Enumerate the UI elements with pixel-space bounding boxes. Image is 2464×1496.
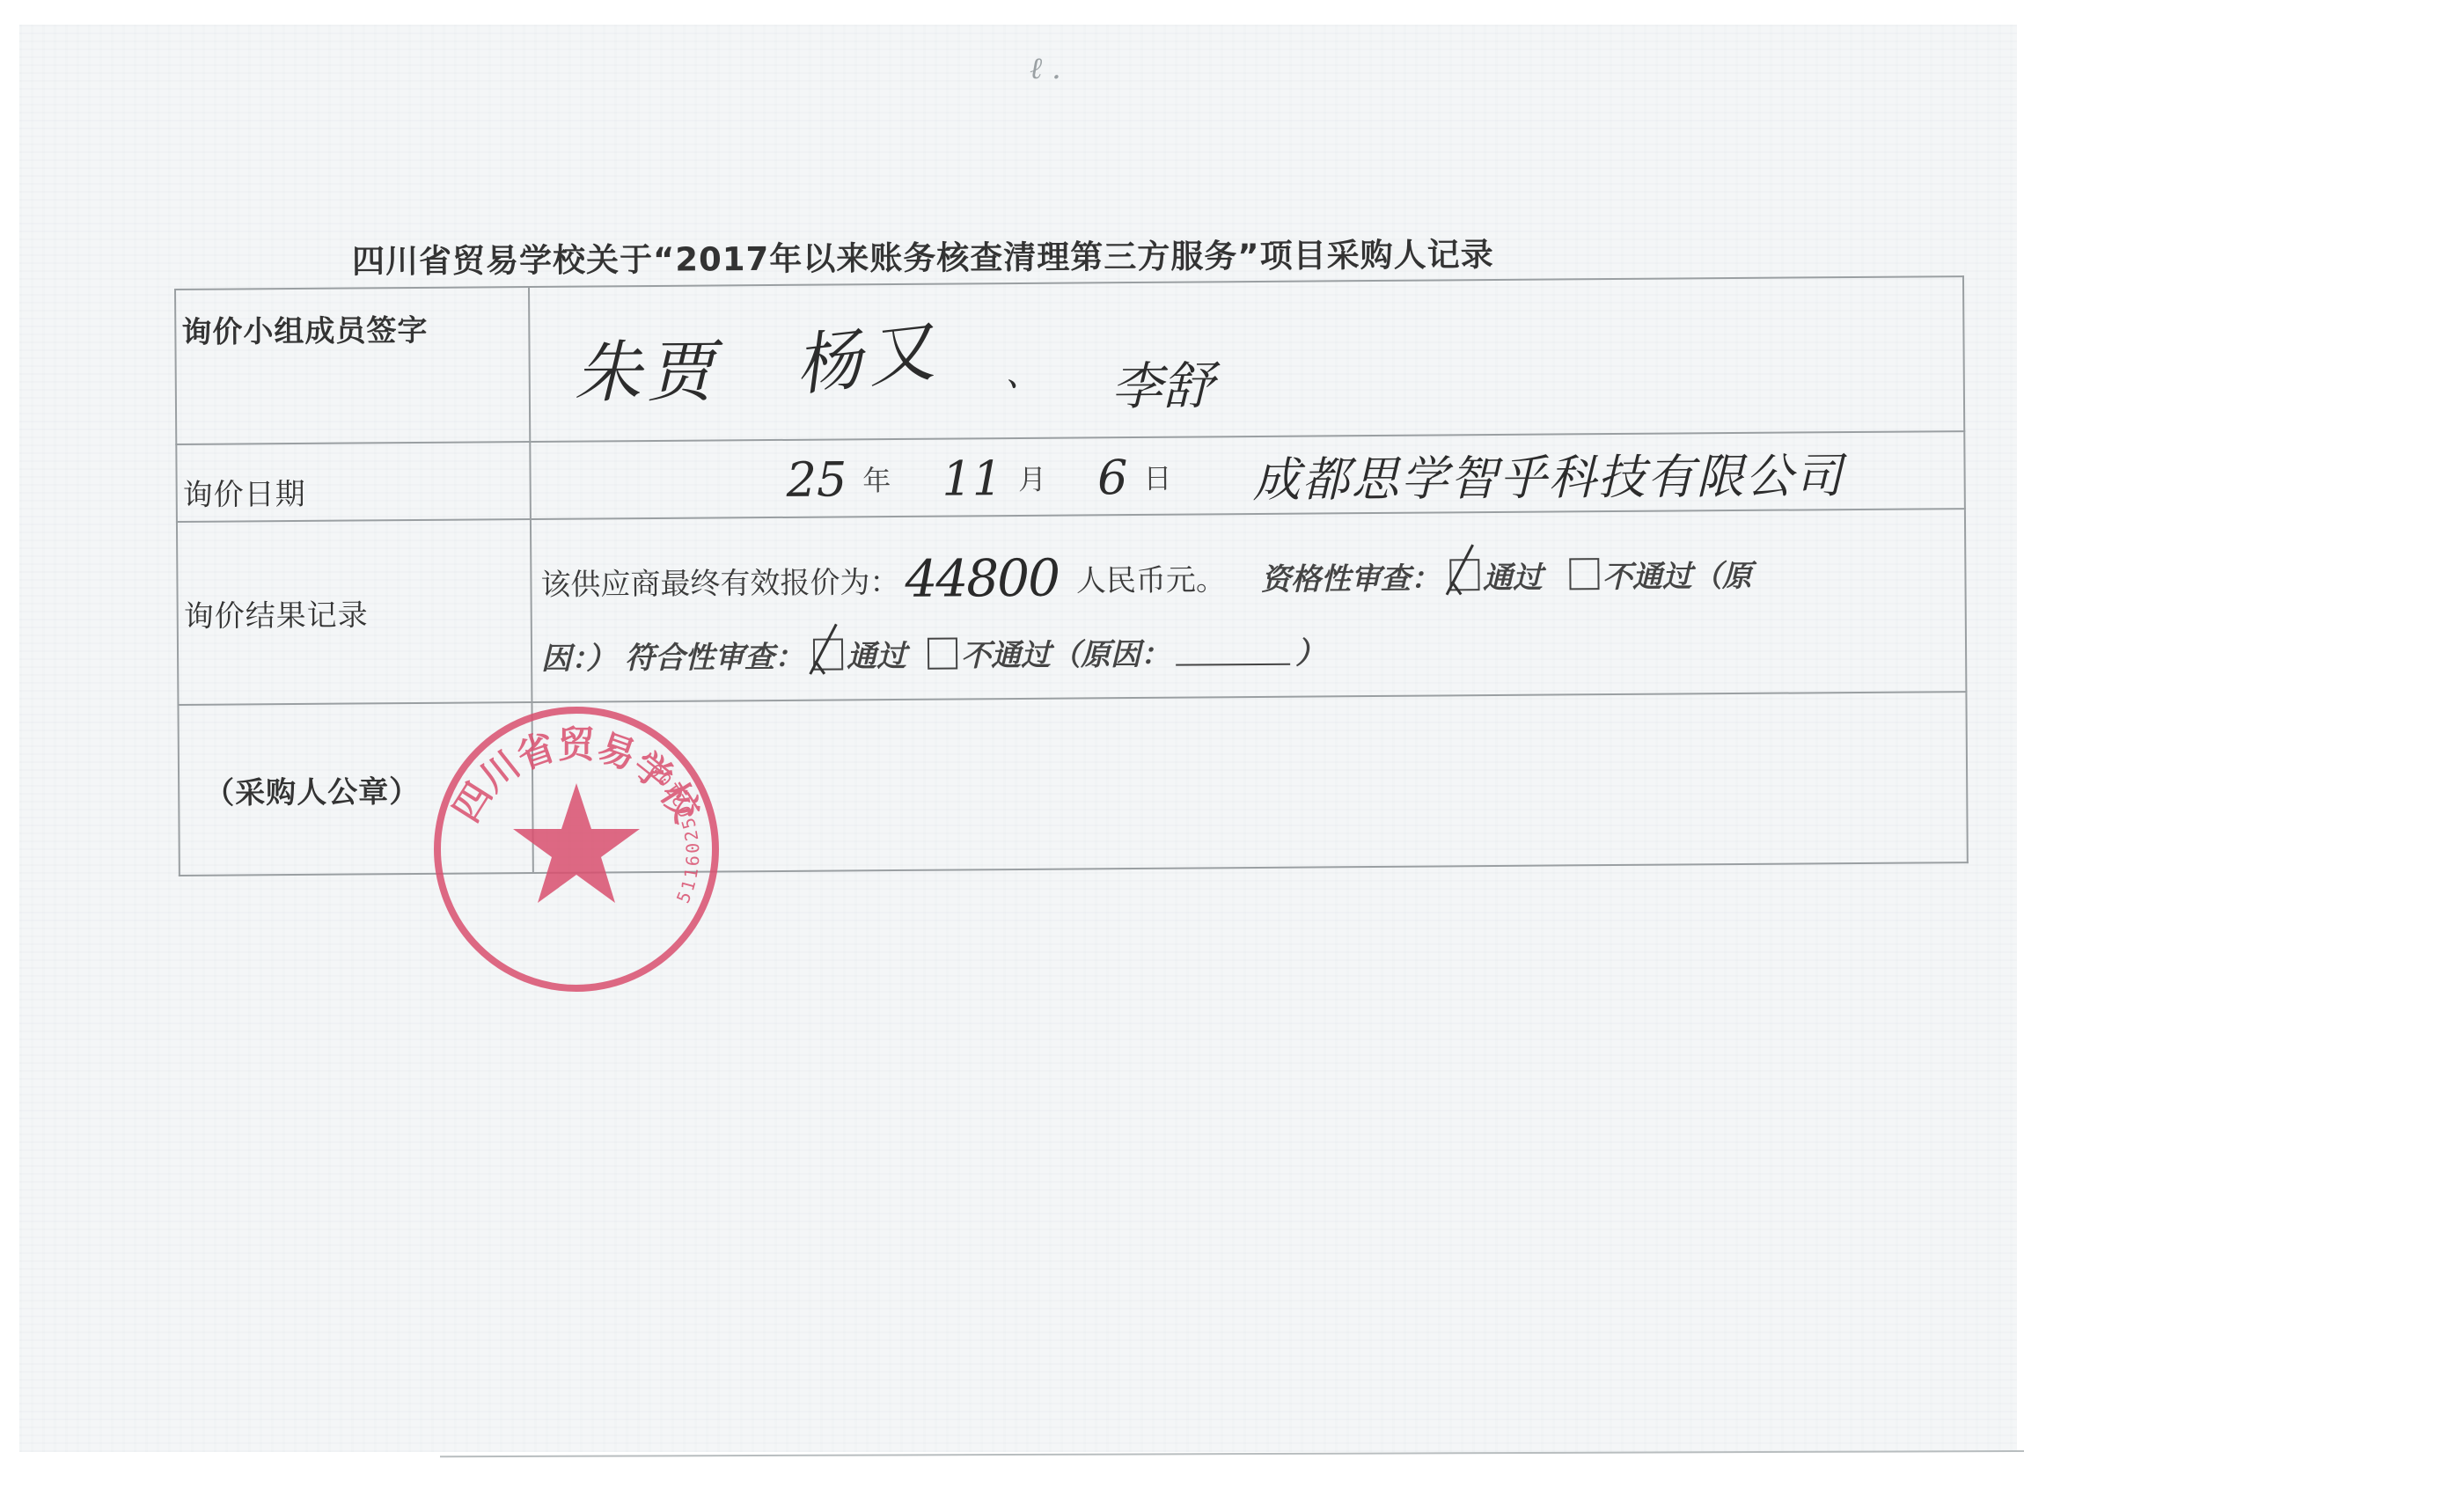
document-title: 四川省贸易学校关于“2017年以来账务核查清理第三方服务”项目采购人记录: [352, 226, 1725, 282]
compliance-fail-checkbox[interactable]: [928, 637, 957, 669]
table-row-signatures: 询价小组成员签字 朱贾 杨又 、 李舒: [175, 276, 1964, 444]
date-month: 11: [942, 451, 1002, 507]
compliance-pass-checkbox[interactable]: [813, 638, 843, 670]
date-year-unit: 年: [862, 458, 891, 499]
qualification-reason-close: 因：）: [541, 634, 616, 678]
price-prefix: 该供应商最终有效报价为：: [540, 557, 899, 603]
signatures-cell: 朱贾 杨又 、 李舒: [529, 276, 1964, 442]
price-value: 44800: [905, 548, 1059, 609]
table-row-date: 询价日期 25 年 11 月 6 日 成都思学智乎科技有限公司: [176, 431, 1965, 522]
result-line-2: 因：） 符合性审查： 通过 不通过（原因： ）: [541, 628, 1325, 678]
table-row-seal: （采购人公章）: [178, 692, 1967, 876]
signature-separator: 、: [1006, 346, 1041, 396]
margin-scribble: ℓ .: [1030, 51, 1061, 86]
procurement-record-table: 询价小组成员签字 朱贾 杨又 、 李舒 询价日期 25 年 11 月 6 日 成…: [174, 275, 1969, 876]
qualification-pass-checkbox[interactable]: [1449, 559, 1479, 590]
date-label: 询价日期: [176, 442, 531, 522]
qualification-fail-checkbox[interactable]: [1569, 558, 1599, 590]
price-suffix: 人民币元。: [1076, 555, 1226, 599]
date-year: 25: [786, 451, 847, 508]
compliance-reason-blank[interactable]: [1176, 636, 1290, 665]
date-month-unit: 月: [1018, 458, 1046, 498]
result-line-1: 该供应商最终有效报价为： 44800 人民币元。 资格性审查： 通过 不通过（原: [540, 543, 1752, 612]
compliance-pass-label: 通过: [847, 632, 906, 675]
table-row-result: 询价结果记录 该供应商最终有效报价为： 44800 人民币元。 资格性审查： 通…: [177, 509, 1966, 705]
result-label: 询价结果记录: [177, 519, 532, 705]
date-line: 25 年 11 月 6 日 成都思学智乎科技有限公司: [786, 445, 1844, 506]
signature-3: 李舒: [1111, 344, 1214, 419]
qualification-label: 资格性审查：: [1261, 554, 1441, 598]
signature-1: 朱贾: [574, 318, 719, 414]
signature-2: 杨又: [789, 297, 943, 408]
seal-label: （采购人公章）: [178, 702, 532, 876]
compliance-reason-close: ）: [1295, 628, 1325, 671]
signatures-label: 询价小组成员签字: [175, 287, 530, 444]
qualification-pass-label: 通过: [1483, 553, 1543, 596]
date-day: 6: [1097, 450, 1128, 505]
seal-cell: [532, 692, 1967, 873]
qualification-fail-label: 不通过（原: [1602, 551, 1752, 595]
compliance-fail-label: 不通过（原因：: [961, 630, 1170, 675]
date-day-unit: 日: [1143, 457, 1171, 497]
compliance-label: 符合性审查：: [625, 633, 804, 677]
result-cell: 该供应商最终有效报价为： 44800 人民币元。 资格性审查： 通过 不通过（原…: [531, 509, 1966, 702]
supplier-name: 成都思学智乎科技有限公司: [1252, 438, 1844, 510]
date-cell: 25 年 11 月 6 日 成都思学智乎科技有限公司: [530, 431, 1965, 519]
